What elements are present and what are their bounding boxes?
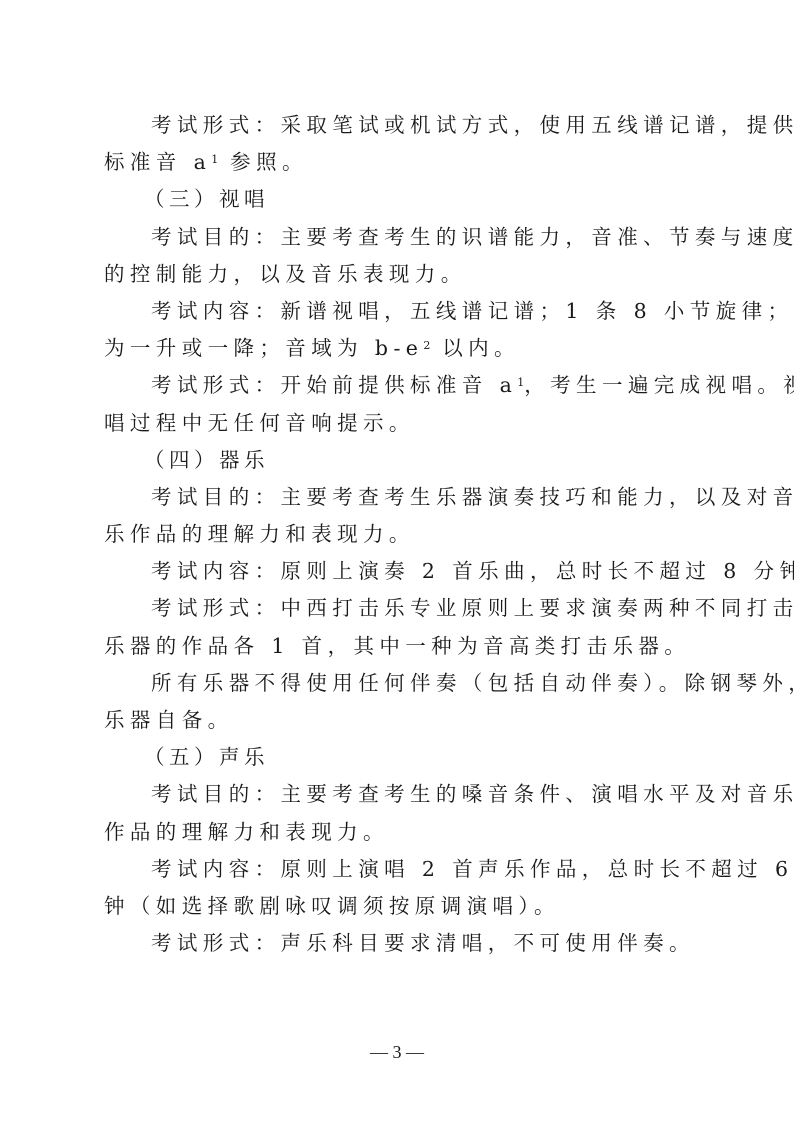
paragraph-line: 考试形式：开始前提供标准音 a1，考生一遍完成视唱。视	[104, 367, 692, 404]
text: 考试目的：主要考查考生乐器演奏技巧和能力，以及对音	[151, 485, 794, 509]
paragraph-line: 考试目的：主要考查考生的嗓音条件、演唱水平及对音乐	[104, 776, 692, 813]
paragraph-line: 钟（如选择歌剧咏叹调须按原调演唱）。	[104, 888, 692, 925]
text: 考试形式：声乐科目要求清唱，不可使用伴奏。	[151, 931, 695, 955]
text: 标准音 a	[104, 150, 211, 174]
text: 考试形式：中西打击乐专业原则上要求演奏两种不同打击	[151, 596, 794, 620]
paragraph-line: 考试内容：原则上演奏 2 首乐曲，总时长不超过 8 分钟。	[104, 553, 692, 590]
text: 考试目的：主要考查考生的嗓音条件、演唱水平及对音乐	[151, 782, 794, 806]
section-heading: （五）声乐	[104, 739, 692, 776]
paragraph-line: 为一升或一降；音域为 b-e2 以内。	[104, 330, 692, 367]
text: 考试内容：新谱视唱，五线谱记谱；1 条 8 小节旋律；调号	[151, 299, 794, 323]
paragraph-line: 考试形式：声乐科目要求清唱，不可使用伴奏。	[104, 925, 692, 962]
text: 考试形式：开始前提供标准音 a	[151, 373, 517, 397]
page-number: — 3 —	[0, 1042, 794, 1063]
text: 考试内容：原则上演奏 2 首乐曲，总时长不超过 8 分钟。	[151, 559, 794, 583]
section-heading: （四）器乐	[104, 442, 692, 479]
text: 作品的理解力和表现力。	[104, 820, 389, 844]
paragraph-line: 乐器自备。	[104, 702, 692, 739]
text: 为一升或一降；音域为 b-e	[104, 336, 423, 360]
paragraph-line: 的控制能力，以及音乐表现力。	[104, 256, 692, 293]
text: 考试目的：主要考查考生的识谱能力，音准、节奏与速度	[151, 225, 794, 249]
text: 的控制能力，以及音乐表现力。	[104, 262, 467, 286]
section-heading: （三）视唱	[104, 181, 692, 218]
heading-text: （五）声乐	[144, 745, 269, 769]
paragraph-line: 考试目的：主要考查考生的识谱能力，音准、节奏与速度	[104, 219, 692, 256]
paragraph-line: 标准音 a1 参照。	[104, 144, 692, 181]
text: 考试形式：采取笔试或机试方式，使用五线谱记谱，提供	[151, 113, 794, 137]
paragraph-line: 考试内容：新谱视唱，五线谱记谱；1 条 8 小节旋律；调号	[104, 293, 692, 330]
text: 以内。	[430, 336, 520, 360]
text: 参照。	[218, 150, 308, 174]
text: 所有乐器不得使用任何伴奏（包括自动伴奏）。除钢琴外，	[151, 671, 794, 695]
paragraph-line: 考试形式：采取笔试或机试方式，使用五线谱记谱，提供	[104, 107, 692, 144]
text: 乐器的作品各 1 首，其中一种为音高类打击乐器。	[104, 634, 690, 658]
paragraph-line: 乐器的作品各 1 首，其中一种为音高类打击乐器。	[104, 628, 692, 665]
paragraph-line: 考试内容：原则上演唱 2 首声乐作品，总时长不超过 6 分	[104, 851, 692, 888]
paragraph-line: 唱过程中无任何音响提示。	[104, 405, 692, 442]
paragraph-line: 考试形式：中西打击乐专业原则上要求演奏两种不同打击	[104, 590, 692, 627]
text: 唱过程中无任何音响提示。	[104, 411, 415, 435]
heading-text: （三）视唱	[144, 187, 269, 211]
text: 乐器自备。	[104, 708, 234, 732]
text: 钟（如选择歌剧咏叹调须按原调演唱）。	[104, 894, 560, 918]
text: ，考生一遍完成视唱。视	[524, 373, 794, 397]
paragraph-line: 考试目的：主要考查考生乐器演奏技巧和能力，以及对音	[104, 479, 692, 516]
document-body: 考试形式：采取笔试或机试方式，使用五线谱记谱，提供 标准音 a1 参照。 （三）…	[104, 107, 692, 962]
paragraph-line: 作品的理解力和表现力。	[104, 814, 692, 851]
text: 乐作品的理解力和表现力。	[104, 522, 415, 546]
paragraph-line: 所有乐器不得使用任何伴奏（包括自动伴奏）。除钢琴外，	[104, 665, 692, 702]
paragraph-line: 乐作品的理解力和表现力。	[104, 516, 692, 553]
heading-text: （四）器乐	[144, 448, 269, 472]
text: 考试内容：原则上演唱 2 首声乐作品，总时长不超过 6 分	[151, 857, 794, 881]
